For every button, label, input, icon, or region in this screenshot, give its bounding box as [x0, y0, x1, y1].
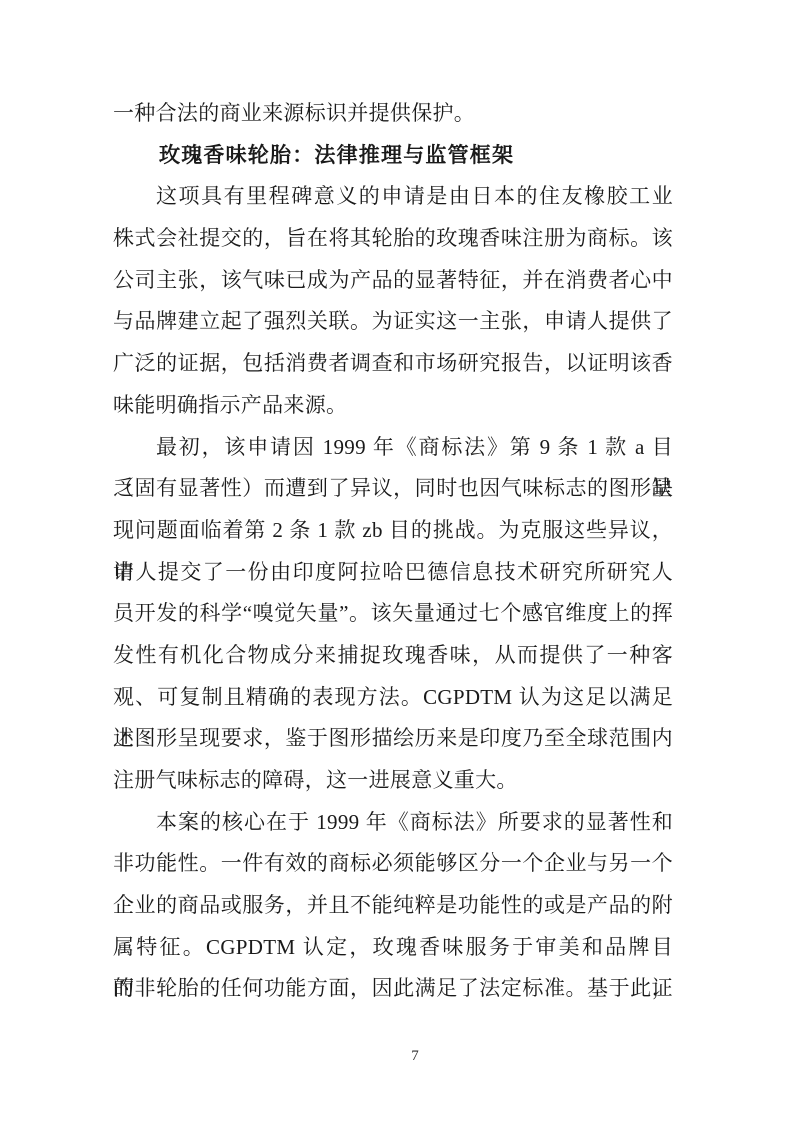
text-line: 乏固有显著性）而遭到了异议，同时也因气味标志的图形呈 [113, 468, 673, 510]
text-line: 与品牌建立起了强烈关联。为证实这一主张，申请人提供了 [113, 301, 673, 343]
text-line: 一种合法的商业来源标识并提供保护。 [113, 93, 673, 135]
text-line: 属特征。CGPDTM 认定，玫瑰香味服务于审美和品牌目的， [113, 927, 673, 969]
text-line: 最初，该申请因 1999 年《商标法》第 9 条 1 款 a 目（缺 [113, 427, 673, 469]
text-line: 这项具有里程碑意义的申请是由日本的住友橡胶工业 [113, 176, 673, 218]
text-line: 而非轮胎的任何功能方面，因此满足了法定标准。基于此证 [113, 968, 673, 1010]
text-line: 广泛的证据，包括消费者调查和市场研究报告，以证明该香 [113, 343, 673, 385]
text-line: 本案的核心在于 1999 年《商标法》所要求的显著性和 [113, 802, 673, 844]
section-heading: 玫瑰香味轮胎：法律推理与监管框架 [113, 135, 673, 177]
text-line: 现问题面临着第 2 条 1 款 zb 目的挑战。为克服这些异议，申 [113, 510, 673, 552]
page-number: 7 [0, 1048, 793, 1064]
text-line: 味能明确指示产品来源。 [113, 385, 673, 427]
text-line: 述图形呈现要求，鉴于图形描绘历来是印度乃至全球范围内 [113, 718, 673, 760]
text-line: 请人提交了一份由印度阿拉哈巴德信息技术研究所研究人 [113, 552, 673, 594]
text-line: 株式会社提交的，旨在将其轮胎的玫瑰香味注册为商标。该 [113, 218, 673, 260]
text-line: 公司主张，该气味已成为产品的显著特征，并在消费者心中 [113, 260, 673, 302]
text-line: 注册气味标志的障碍，这一进展意义重大。 [113, 760, 673, 802]
document-body: 一种合法的商业来源标识并提供保护。玫瑰香味轮胎：法律推理与监管框架这项具有里程碑… [113, 93, 673, 1010]
text-line: 非功能性。一件有效的商标必须能够区分一个企业与另一个 [113, 843, 673, 885]
text-line: 发性有机化合物成分来捕捉玫瑰香味，从而提供了一种客 [113, 635, 673, 677]
text-line: 员开发的科学“嗅觉矢量”。该矢量通过七个感官维度上的挥 [113, 593, 673, 635]
text-line: 企业的商品或服务，并且不能纯粹是功能性的或是产品的附 [113, 885, 673, 927]
document-page: 一种合法的商业来源标识并提供保护。玫瑰香味轮胎：法律推理与监管框架这项具有里程碑… [0, 0, 793, 1122]
text-line: 观、可复制且精确的表现方法。CGPDTM 认为这足以满足上 [113, 677, 673, 719]
